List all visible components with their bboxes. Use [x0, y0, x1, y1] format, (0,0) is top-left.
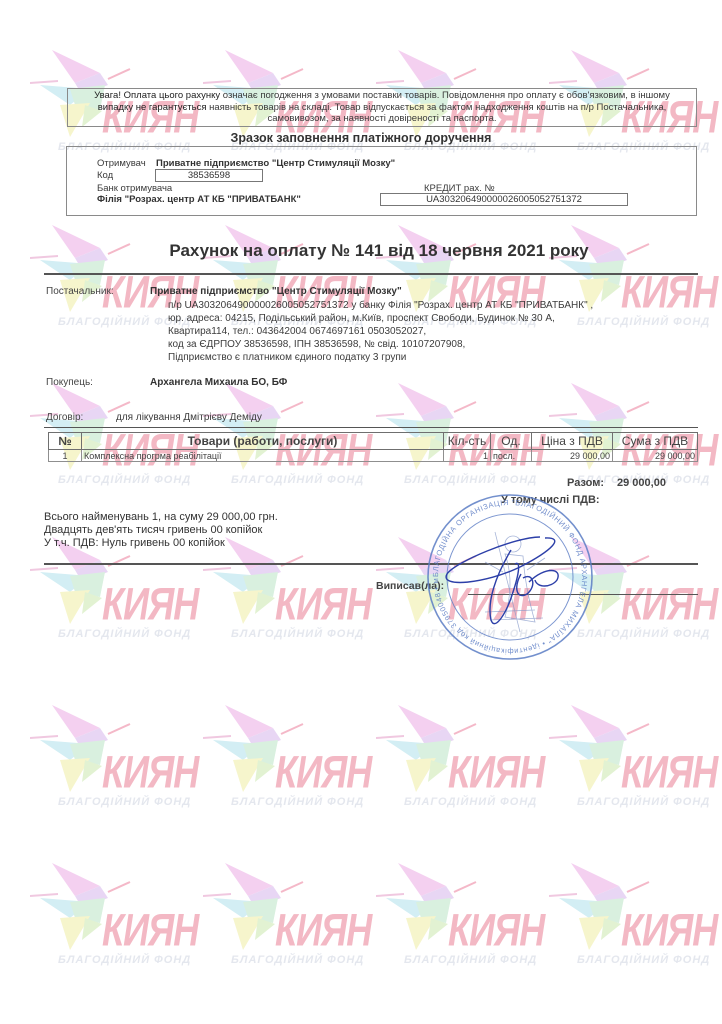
cell-goods: Комплексна прогрма реабілітації	[82, 450, 444, 462]
invoice-document: Увага! Оплата цього рахунку означає пого…	[0, 0, 722, 1024]
invoice-title: Рахунок на оплату № 141 від 18 червня 20…	[0, 241, 722, 261]
recipient-value: Приватне підприємство "Центр Стимуляції …	[156, 158, 395, 169]
supplier-account: п/р UA303206490000026005052751372 у банк…	[168, 300, 593, 311]
payment-sample-box: Отримувач Приватне підприємство "Центр С…	[66, 146, 697, 216]
supplier-name: Приватне підприємство "Центр Стимуляції …	[150, 286, 402, 297]
bank-label: Банк отримувача	[97, 183, 172, 194]
supplier-label: Постачальник:	[46, 286, 114, 297]
supplier-tax-status: Підприємство є платником єдиного податку…	[168, 352, 406, 363]
cell-number: 1	[49, 450, 82, 462]
table-header-row: № Товари (работи, послуги) Кіл-сть Од. Ц…	[49, 433, 698, 450]
stamp-seal: БЛАГОДІЙНА ОРГАНІЗАЦІЯ "БЛАГОДІЙНИЙ ФОНД…	[425, 492, 595, 662]
col-goods: Товари (работи, послуги)	[82, 433, 444, 450]
col-number: №	[49, 433, 82, 450]
cell-sum: 29 000,00	[613, 450, 698, 462]
contract-divider	[44, 427, 698, 428]
col-price: Ціна з ПДВ	[532, 433, 613, 450]
code-label: Код	[97, 170, 113, 181]
notice-line3: самовивозом, за наявності довіреності та…	[68, 113, 696, 125]
notice-lead-2: випадку не гарантується	[98, 102, 207, 113]
bank-value: Філія "Розрах. центр АТ КБ "ПРИВАТБАНК"	[97, 194, 301, 205]
summary-divider	[44, 563, 698, 565]
col-unit: Од.	[491, 433, 532, 450]
table-row: 1Комплексна прогрма реабілітації1посл.29…	[49, 450, 698, 462]
buyer-label: Покупець:	[46, 377, 93, 388]
credit-account-field: UA303206490000026005052751372	[380, 193, 628, 206]
total-label: Разом:	[567, 477, 604, 489]
total-value: 29 000,00	[617, 477, 666, 489]
cell-quantity: 1	[444, 450, 491, 462]
supplier-codes: код за ЄДРПОУ 38536598, ІПН 38536598, № …	[168, 339, 465, 350]
title-divider	[44, 273, 698, 275]
col-quantity: Кіл-сть	[444, 433, 491, 450]
goods-table: № Товари (работи, послуги) Кіл-сть Од. Ц…	[48, 432, 698, 462]
notice-line1: означає погодження з умовами поставки то…	[220, 90, 670, 101]
summary-count: Всього найменувань 1, на суму 29 000,00 …	[44, 511, 278, 524]
recipient-label: Отримувач	[97, 158, 146, 169]
summary: Всього найменувань 1, на суму 29 000,00 …	[44, 511, 278, 550]
code-field: 38536598	[155, 169, 263, 182]
summary-vat-words: У т.ч. ПДВ: Нуль гривень 00 копійок	[44, 537, 278, 550]
notice-line2: наявність товарів на складі. Товар відпу…	[206, 102, 666, 113]
supplier-address: юр. адреса: 04215, Подільський район, м.…	[168, 313, 555, 324]
payment-notice: Увага! Оплата цього рахунку означає пого…	[67, 88, 697, 127]
supplier-phones: Квартира114, тел.: 043642004 0674697161 …	[168, 326, 426, 337]
summary-amount-words: Двадцять дев'ять тисяч гривень 00 копійо…	[44, 524, 278, 537]
cell-unit: посл.	[491, 450, 532, 462]
col-sum: Сума з ПДВ	[613, 433, 698, 450]
cell-price: 29 000,00	[532, 450, 613, 462]
buyer-value: Архангела Михаила БО, БФ	[150, 377, 287, 388]
contract-value: для лікування Дмітрієву Деміду	[116, 412, 262, 423]
payment-sample-title: Зразок заповнення платіжного доручення	[0, 131, 722, 145]
contract-label: Договір:	[46, 412, 83, 423]
notice-lead: Увага! Оплата цього рахунку	[94, 90, 220, 101]
